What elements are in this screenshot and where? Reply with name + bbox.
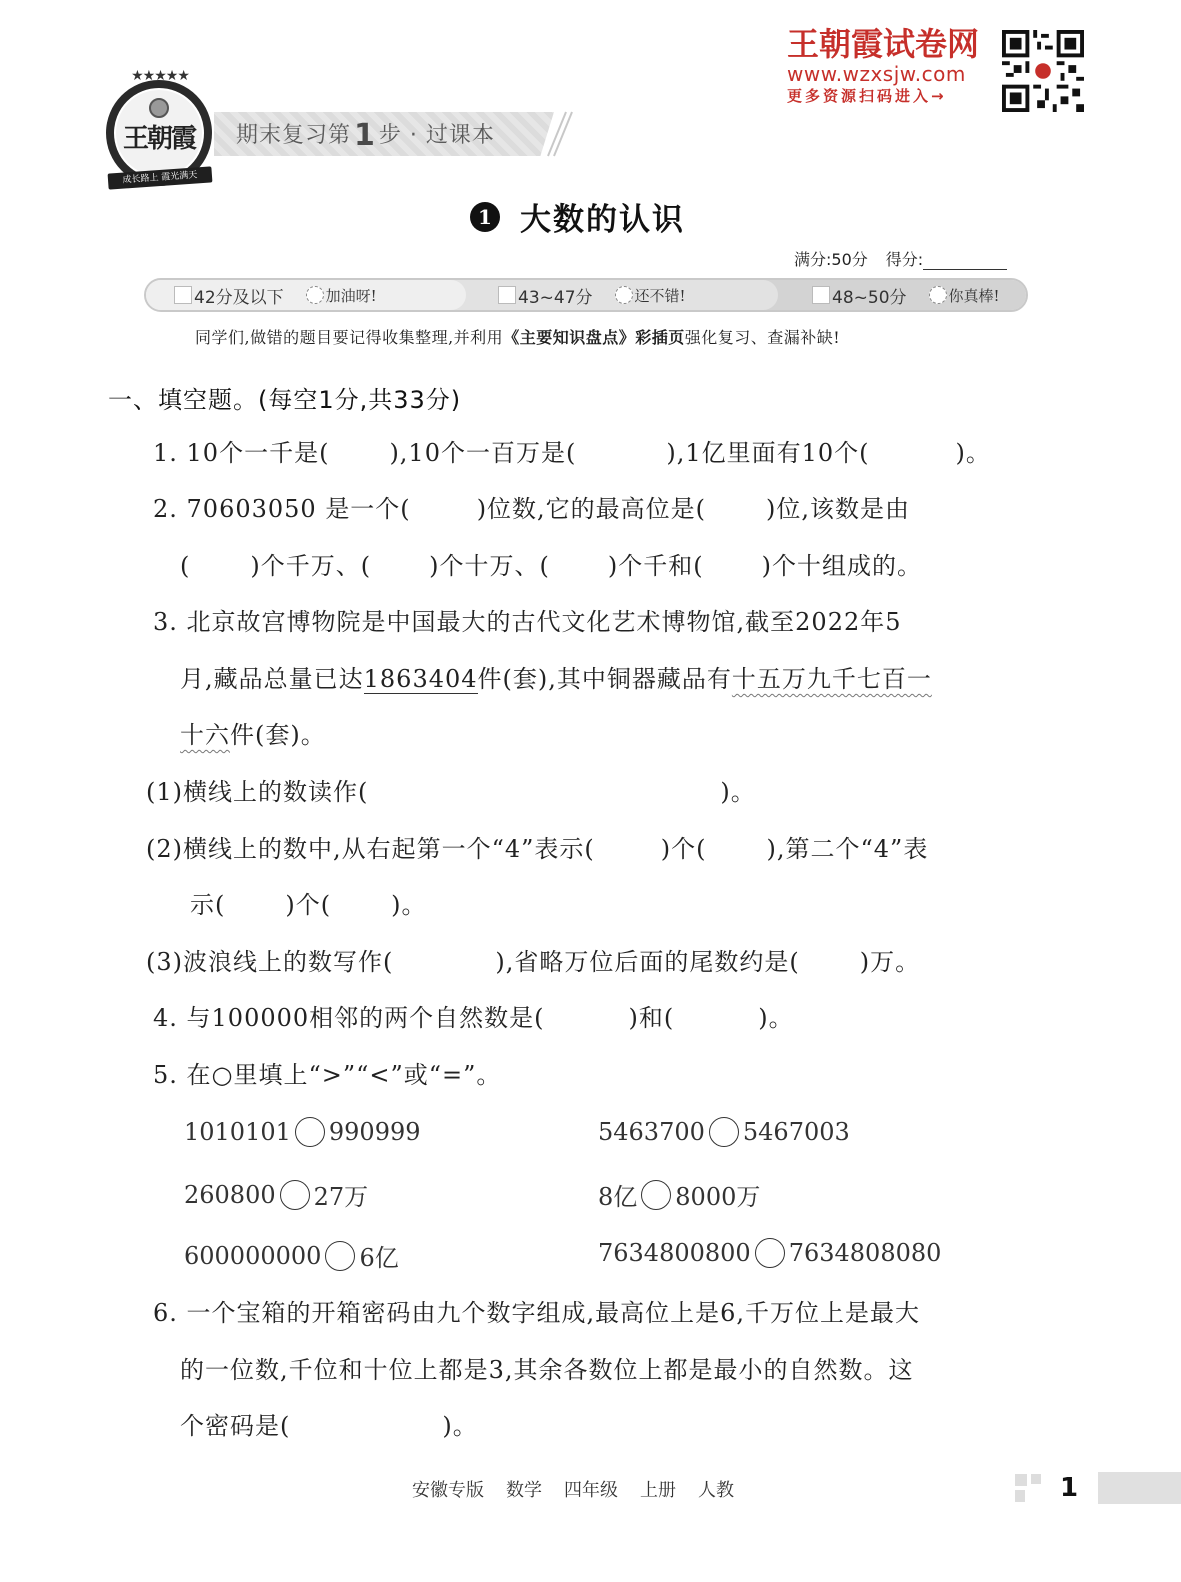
compare-pair: 54637005467003 xyxy=(598,1117,850,1147)
grade-tier-mid: 43~47分 还不错! xyxy=(448,280,778,310)
footer-volume: 上册 xyxy=(640,1476,676,1502)
q3-sub-text: ),第二个“4”表 xyxy=(767,835,929,863)
q3-sub-text: )。 xyxy=(720,778,755,806)
grade-range: 42分及以下 xyxy=(194,283,284,308)
grade-checkbox[interactable] xyxy=(174,286,192,304)
got-score-label: 得分: xyxy=(886,250,923,269)
question-6-line-3: 个密码是()。 xyxy=(180,1411,478,1441)
score-line: 满分:50分 得分: xyxy=(794,247,1007,270)
grade-checkbox[interactable] xyxy=(498,286,516,304)
slash-decoration-icon xyxy=(530,110,574,158)
step-prefix: 期末复习第 xyxy=(236,123,351,148)
site-url[interactable]: www.wzxsjw.com xyxy=(787,62,997,86)
compare-pair: 8亿8000万 xyxy=(598,1177,760,1212)
q4-text: )和( xyxy=(629,1004,675,1032)
portrait-icon xyxy=(149,98,169,118)
q2-text: )个千和( xyxy=(608,552,704,580)
grade-message: 你真棒! xyxy=(949,285,1000,306)
q1-text: ),10个一百万是( xyxy=(389,439,576,467)
q4-text: )。 xyxy=(758,1004,793,1032)
compare-left: 600000000 xyxy=(184,1242,321,1270)
question-3-sub-2-cont: 示()个()。 xyxy=(190,890,426,920)
compare-circle[interactable] xyxy=(295,1117,325,1147)
q3-sub-text: )。 xyxy=(391,891,426,919)
q3-text: 件(套),其中铜器藏品有 xyxy=(478,665,732,693)
study-notice: 同学们,做错的题目要记得收集整理,并利用《主要知识盘点》彩插页强化复习、查漏补缺… xyxy=(195,325,840,348)
q2-text: )个十万、( xyxy=(429,552,550,580)
q3-sub-text: )个( xyxy=(661,835,707,863)
compare-pair: 26080027万 xyxy=(184,1177,368,1212)
question-3-line-1: 3. 北京故宫博物院是中国最大的古代文化艺术博物馆,截至2022年5 xyxy=(153,607,902,637)
footer-edition: 安徽专版 xyxy=(412,1476,484,1502)
wavy-number: 十六 xyxy=(180,721,230,749)
question-3-line-2: 月,藏品总量已达1863404件(套),其中铜器藏品有十五万九千七百一 xyxy=(180,664,932,694)
q2-text: 2. 70603050 是一个( xyxy=(153,495,411,523)
question-3-line-3: 十六件(套)。 xyxy=(180,720,326,750)
grade-message: 还不错! xyxy=(635,285,686,306)
qr-code-icon[interactable] xyxy=(1002,30,1084,112)
step-number: 1 xyxy=(354,118,376,153)
compare-right: 27万 xyxy=(314,1177,369,1212)
q2-text: )位,该数是由 xyxy=(766,495,910,523)
step-suffix: 步 · 过课本 xyxy=(379,123,495,148)
question-6-line-2: 的一位数,千位和十位上都是3,其余各数位上都是最小的自然数。这 xyxy=(180,1355,914,1385)
q6-text: )。 xyxy=(442,1412,477,1440)
grade-tier-low: 42分及以下 加油呀! xyxy=(146,280,466,310)
compare-right: 5467003 xyxy=(743,1118,850,1146)
got-score-blank[interactable] xyxy=(923,252,1007,270)
happy-face-icon xyxy=(929,286,947,304)
site-promo: 王朝霞试卷网 www.wzxsjw.com 更多资源扫码进入→ xyxy=(787,26,997,106)
q3-sub-text: )万。 xyxy=(860,948,920,976)
compare-left: 5463700 xyxy=(598,1118,705,1146)
question-2-line-1: 2. 70603050 是一个()位数,它的最高位是()位,该数是由 xyxy=(153,494,910,524)
grade-range: 48~50分 xyxy=(832,283,907,308)
grade-checkbox[interactable] xyxy=(812,286,830,304)
wavy-number: 十五万九千七百一 xyxy=(732,665,932,693)
scan-prompt: 更多资源扫码进入→ xyxy=(787,86,997,106)
chapter-number-badge: 1 xyxy=(470,202,500,232)
step-title: 期末复习第1步 · 过课本 xyxy=(236,118,495,153)
question-3-sub-3: (3)波浪线上的数写作(),省略万位后面的尾数约是()万。 xyxy=(146,947,920,977)
question-1: 1. 10个一千是(),10个一百万是(),1亿里面有10个()。 xyxy=(153,438,991,468)
q3-sub-text: (2)横线上的数中,从右起第一个“4”表示( xyxy=(146,835,595,863)
q3-sub-text: 示( xyxy=(190,891,225,919)
brand-logo-badge: ★★★★★ 王朝霞 成长路上 霞光满天 xyxy=(106,68,214,190)
compare-circle[interactable] xyxy=(280,1180,310,1210)
page-tab xyxy=(1098,1472,1181,1504)
underlined-number: 1863404 xyxy=(364,665,478,694)
q3-sub-text: (1)横线上的数读作( xyxy=(146,778,368,806)
q2-text: )个千万、( xyxy=(250,552,371,580)
footer-subject: 数学 xyxy=(506,1476,542,1502)
compare-pair: 6000000006亿 xyxy=(184,1238,399,1273)
compare-left: 260800 xyxy=(184,1181,276,1209)
compare-right: 7634808080 xyxy=(789,1239,942,1267)
q1-text: )。 xyxy=(956,439,991,467)
q3-text: 件(套)。 xyxy=(230,721,326,749)
q1-text: ),1亿里面有10个( xyxy=(666,439,869,467)
notice-bold: 《主要知识盘点》彩插页 xyxy=(503,328,685,347)
question-3-sub-1: (1)横线上的数读作()。 xyxy=(146,777,756,807)
full-score-label: 满分:50分 xyxy=(794,247,868,270)
question-6-line-1: 6. 一个宝箱的开箱密码由九个数字组成,最高位上是6,千万位上是最大 xyxy=(153,1298,920,1328)
footer-grade: 四年级 xyxy=(564,1476,618,1502)
smile-face-icon xyxy=(615,286,633,304)
notice-text-end: 强化复习、查漏补缺! xyxy=(685,328,840,347)
section-title: 一、填空题。(每空1分,共33分) xyxy=(108,380,461,415)
logo-brand-text: 王朝霞 xyxy=(118,118,200,155)
compare-right: 990999 xyxy=(329,1118,421,1146)
question-5-prompt: 5. 在○里填上“>”“<”或“=”。 xyxy=(153,1060,501,1090)
q2-text: ( xyxy=(180,552,190,580)
compare-left: 1010101 xyxy=(184,1118,291,1146)
chapter-title: 大数的认识 xyxy=(520,194,685,239)
q4-text: 4. 与100000相邻的两个自然数是( xyxy=(153,1004,545,1032)
compare-right: 8000万 xyxy=(675,1177,760,1212)
compare-circle[interactable] xyxy=(709,1117,739,1147)
grading-bar: 42分及以下 加油呀! 43~47分 还不错! 48~50分 你真棒! xyxy=(144,278,1028,312)
question-4: 4. 与100000相邻的两个自然数是()和()。 xyxy=(153,1003,794,1033)
compare-pair: 76348008007634808080 xyxy=(598,1238,941,1268)
chapter-heading: 1 大数的认识 xyxy=(470,194,685,239)
compare-left: 8亿 xyxy=(598,1177,637,1212)
compare-circle[interactable] xyxy=(755,1238,785,1268)
q2-text: )个十组成的。 xyxy=(762,552,922,580)
compare-circle[interactable] xyxy=(641,1180,671,1210)
footer-publisher: 人教 xyxy=(698,1476,734,1502)
q3-sub-text: )个( xyxy=(285,891,331,919)
got-score-field[interactable]: 得分: xyxy=(886,247,1007,270)
grade-range: 43~47分 xyxy=(518,283,593,308)
footer-info: 安徽专版 数学 四年级 上册 人教 xyxy=(412,1476,734,1502)
question-3-sub-2: (2)横线上的数中,从右起第一个“4”表示()个(),第二个“4”表 xyxy=(146,834,928,864)
cheer-face-icon xyxy=(306,286,324,304)
question-2-line-2: ()个千万、()个十万、()个千和()个十组成的。 xyxy=(180,551,922,581)
q1-text: 1. 10个一千是( xyxy=(153,439,329,467)
q6-text: 个密码是( xyxy=(180,1412,290,1440)
q2-text: )位数,它的最高位是( xyxy=(477,495,706,523)
q3-sub-text: ),省略万位后面的尾数约是( xyxy=(495,948,799,976)
grade-tier-high: 48~50分 你真棒! xyxy=(760,280,1026,310)
grade-message: 加油呀! xyxy=(326,285,377,306)
page-number: 1 xyxy=(1060,1473,1078,1503)
compare-circle[interactable] xyxy=(325,1241,355,1271)
q3-text: 月,藏品总量已达 xyxy=(180,665,364,693)
compare-left: 7634800800 xyxy=(598,1239,751,1267)
compare-pair: 1010101990999 xyxy=(184,1117,421,1147)
notice-text: 同学们,做错的题目要记得收集整理,并利用 xyxy=(195,328,503,347)
q3-sub-text: (3)波浪线上的数写作( xyxy=(146,948,393,976)
compare-right: 6亿 xyxy=(359,1238,398,1273)
site-name: 王朝霞试卷网 xyxy=(787,26,997,62)
